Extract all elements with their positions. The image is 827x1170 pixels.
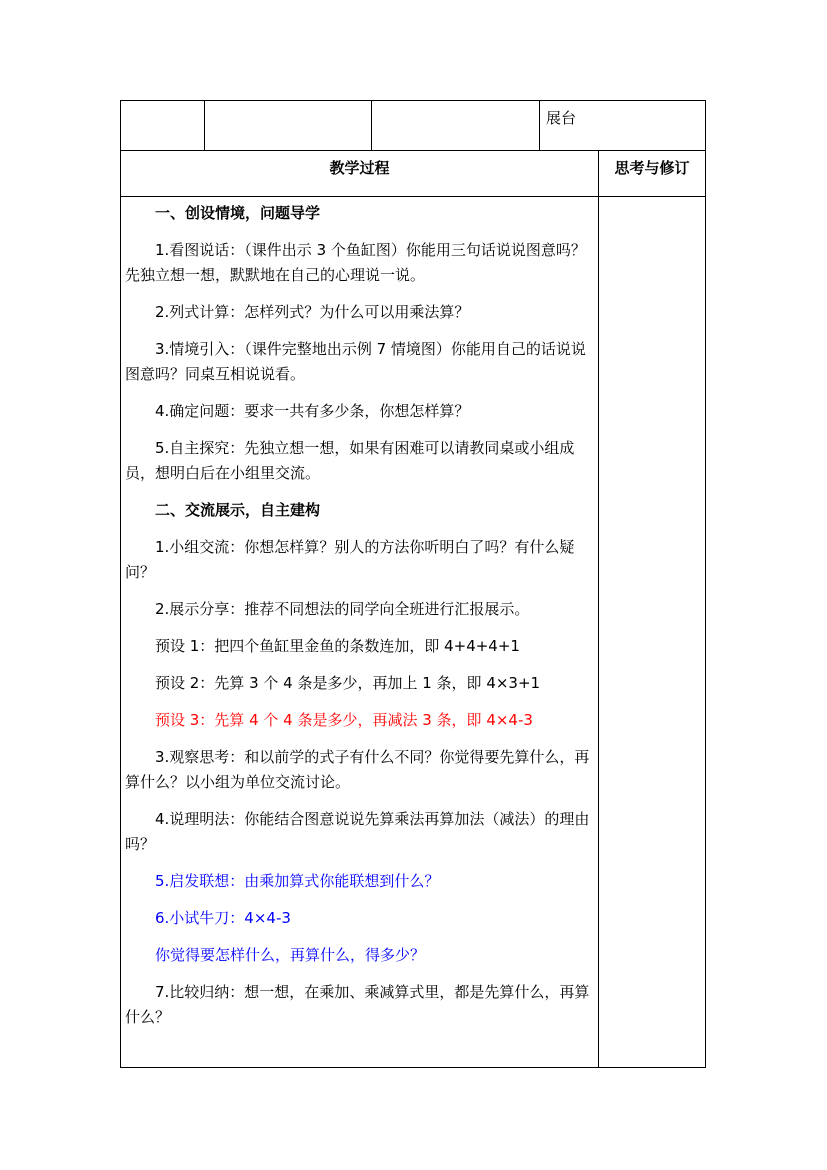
paragraph: 3.情境引入：（课件完整地出示例 7 情境图）你能用自己的话说说图意吗？同桌互相… [125,337,591,387]
preset-2: 预设 2：先算 3 个 4 条是多少，再加上 1 条，即 4×3+1 [125,671,591,696]
blue-paragraph: 你觉得要怎样什么，再算什么，得多少？ [125,943,591,968]
table-row-content: 一、创设情境，问题导学 1.看图说话：（课件出示 3 个鱼缸图）你能用三句话说说… [121,197,705,1067]
table-row-header: 教学过程 思考与修订 [121,151,705,197]
table-cell-4: 展台 [540,101,705,150]
reflection-header-cell: 思考与修订 [599,151,705,196]
teaching-process-content: 一、创设情境，问题导学 1.看图说话：（课件出示 3 个鱼缸图）你能用三句话说说… [121,197,599,1042]
preset-1: 预设 1：把四个鱼缸里金鱼的条数连加，即 4+4+4+1 [125,634,591,659]
reflection-content-cell [599,197,705,1067]
section-heading-2: 二、交流展示，自主建构 [125,498,591,523]
paragraph: 1.小组交流：你想怎样算？别人的方法你听明白了吗？有什么疑问？ [125,535,591,585]
paragraph: 4.说理明法：你能结合图意说说先算乘法再算加法（减法）的理由吗？ [125,807,591,857]
paragraph: 2.列式计算：怎样列式？为什么可以用乘法算？ [125,300,591,325]
display-stand-label: 展台 [546,107,576,128]
table-row-top: 展台 [121,101,705,151]
table-cell-1 [121,101,205,150]
lesson-plan-table: 展台 教学过程 思考与修订 一、创设情境，问题导学 1.看图说话：（课件出示 3… [120,100,706,1068]
paragraph: 4.确定问题：要求一共有多少条，你想怎样算？ [125,399,591,424]
blue-paragraph: 5.启发联想：由乘加算式你能联想到什么？ [125,869,591,894]
table-cell-3 [372,101,540,150]
paragraph: 2.展示分享：推荐不同想法的同学向全班进行汇报展示。 [125,597,591,622]
section-heading-1: 一、创设情境，问题导学 [125,201,591,226]
paragraph: 1.看图说话：（课件出示 3 个鱼缸图）你能用三句话说说图意吗？先独立想一想，默… [125,238,591,288]
teaching-process-header: 教学过程 [121,157,598,178]
paragraph: 7.比较归纳：想一想，在乘加、乘减算式里，都是先算什么，再算什么？ [125,980,591,1030]
reflection-header: 思考与修订 [599,157,705,178]
blue-paragraph: 6.小试牛刀：4×4-3 [125,906,591,931]
table-cell-2 [205,101,372,150]
paragraph: 5.自主探究：先独立想一想，如果有困难可以请教同桌或小组成员，想明白后在小组里交… [125,436,591,486]
preset-3-highlighted: 预设 3：先算 4 个 4 条是多少，再减法 3 条，即 4×4-3 [125,708,591,733]
paragraph: 3.观察思考：和以前学的式子有什么不同？你觉得要先算什么，再算什么？以小组为单位… [125,745,591,795]
teaching-process-content-cell: 一、创设情境，问题导学 1.看图说话：（课件出示 3 个鱼缸图）你能用三句话说说… [121,197,599,1067]
teaching-process-header-cell: 教学过程 [121,151,599,196]
